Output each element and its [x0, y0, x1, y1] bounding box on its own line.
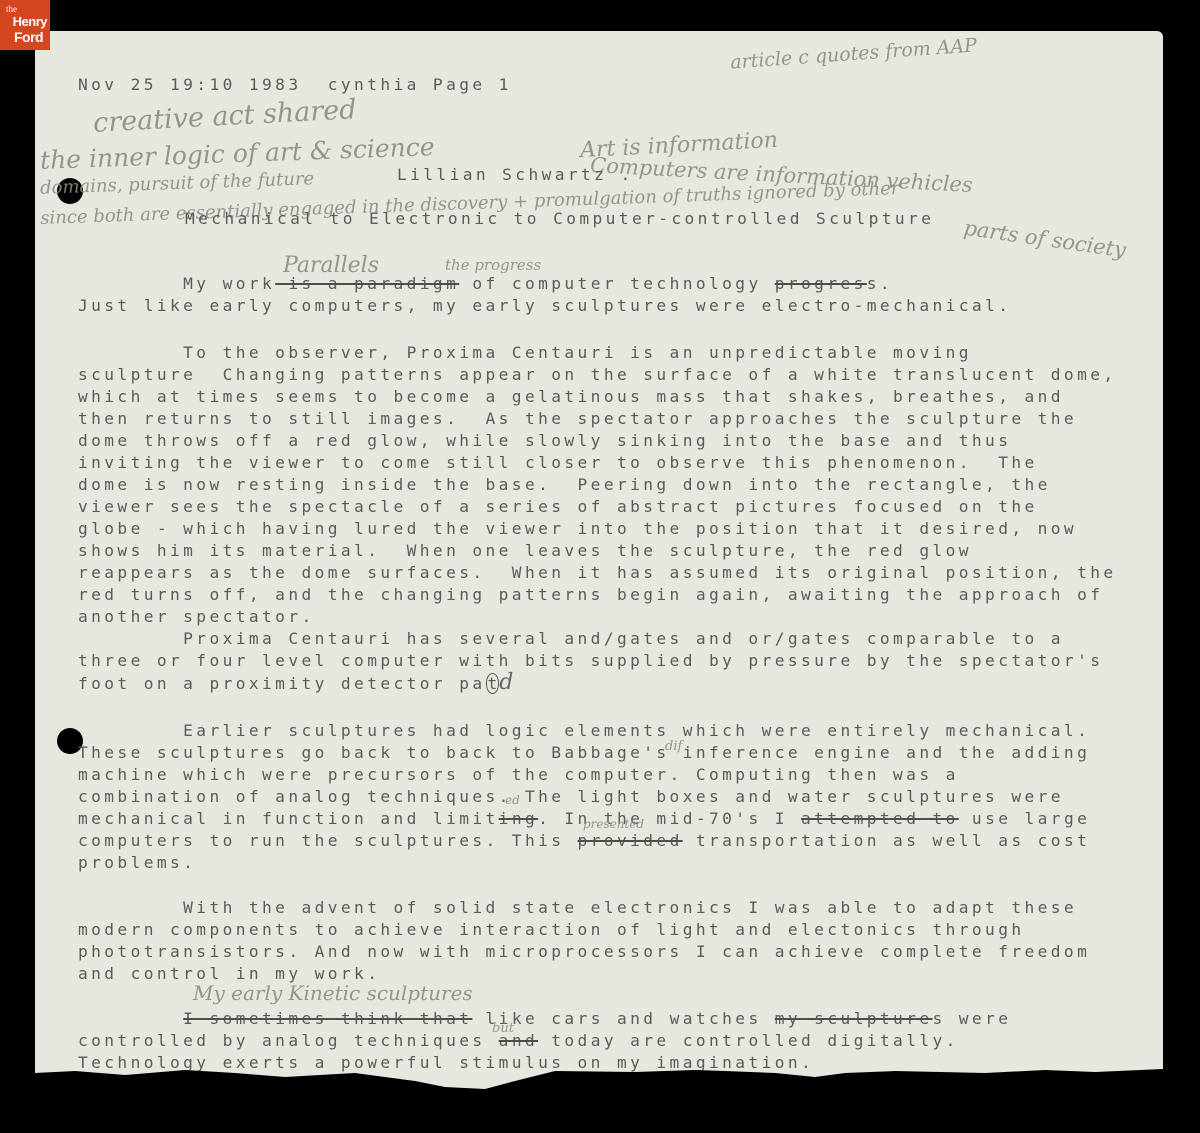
text-line: sculpture Changing patterns appear on th… [78, 364, 1117, 386]
paragraph-3-line-3: foot on a proximity detector patd [78, 672, 517, 695]
paragraph-3-line-1: Proxima Centauri has several and/gates a… [78, 628, 1064, 650]
note-creative-act: creative act shared [92, 94, 357, 139]
document-title: Mechanical to Electronic to Computer-con… [185, 208, 934, 230]
text-line: With the advent of solid state electroni… [78, 897, 1077, 919]
paragraph-1-line-2: Just like early computers, my early scul… [78, 295, 1011, 317]
paragraph-3-line-2: three or four level computer with bits s… [78, 650, 1103, 672]
logo-the: the [6, 4, 17, 14]
note-presented: presented [583, 817, 644, 831]
paragraph-6-line-2: controlled by analog techniques and toda… [78, 1030, 959, 1052]
paragraph-4-line-7: problems. [78, 852, 196, 874]
paragraph-1-line-1: My work is a paradigm of computer techno… [78, 273, 893, 295]
text-line: reappears as the dome surfaces. When it … [78, 562, 1117, 584]
note-my-early-kinetic: My early Kinetic sculptures [193, 981, 473, 1005]
note-parts-of-society: parts of society [962, 216, 1127, 263]
text-line: red turns off, and the changing patterns… [78, 584, 1103, 606]
text-line: machine which were precursors of the com… [78, 764, 959, 786]
text-line: then returns to still images. As the spe… [78, 408, 1077, 430]
text-line: inviting the viewer to come still closer… [78, 452, 1038, 474]
text-line: These sculptures go back to back to Babb… [78, 742, 1090, 764]
henry-ford-logo: the Henry Ford [0, 0, 50, 50]
note-the-progress: the progress [445, 256, 541, 274]
text-line: Earlier sculptures had logic elements wh… [78, 720, 1090, 742]
author-name: Lillian Schwartz . [397, 164, 634, 186]
note-top-right: article c quotes from AAP [730, 34, 978, 73]
text-line: dome throws off a red glow, while slowly… [78, 430, 1011, 452]
torn-bottom-edge [35, 1067, 1163, 1107]
text-line: which at times seems to become a gelatin… [78, 386, 1064, 408]
paragraph-4-line-6: computers to run the sculptures. This pr… [78, 830, 1090, 852]
text-line: phototransistors. And now with microproc… [78, 941, 1090, 963]
text-line: globe - which having lured the viewer in… [78, 518, 1077, 540]
text-line: combination of analog techniques. The li… [78, 786, 1064, 808]
note-ed: ed [505, 793, 520, 807]
text-line: another spectator. [78, 606, 315, 628]
typed-document-page: Nov 25 19:10 1983 cynthia Page 1 article… [35, 31, 1163, 1106]
text-line: To the observer, Proxima Centauri is an … [78, 342, 972, 364]
text-line: viewer sees the spectacle of a series of… [78, 496, 1038, 518]
logo-henry: Henry [13, 14, 47, 29]
paragraph-6-line-1: I sometimes think that like cars and wat… [78, 1008, 1011, 1030]
logo-ford: Ford [14, 29, 43, 45]
text-line: dome is now resting inside the base. Pee… [78, 474, 1051, 496]
text-line: modern components to achieve interaction… [78, 919, 1025, 941]
text-line: shows him its material. When one leaves … [78, 540, 972, 562]
print-header: Nov 25 19:10 1983 cynthia Page 1 [78, 74, 512, 96]
